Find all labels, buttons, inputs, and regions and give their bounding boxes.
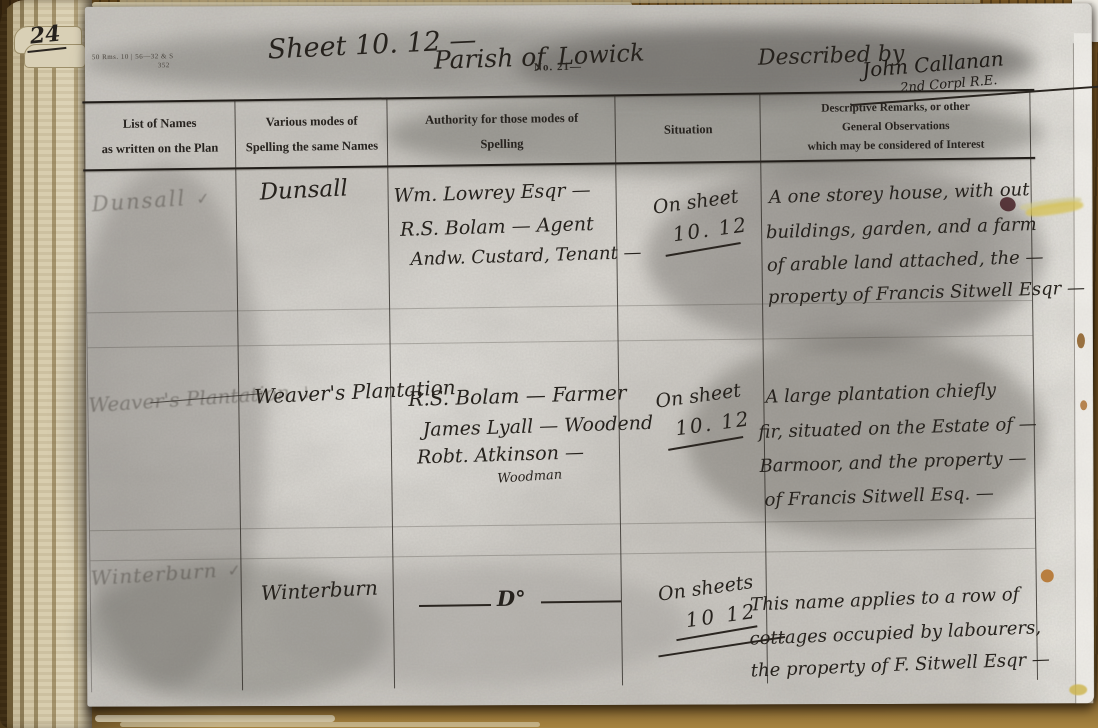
check-icon: ✓ xyxy=(217,560,243,581)
scanned-name-book-photo: 24 50 Rms. 10 | 56—32 & S 3 xyxy=(0,0,1098,728)
situation-sheet-number: 10. 12 xyxy=(674,406,752,440)
parish-name: Lowick xyxy=(557,39,645,71)
column-header-line: Spelling the same Names xyxy=(237,133,387,160)
parish-of-script: Parish of xyxy=(433,42,546,74)
row-3-plan-name: Winterburn✓ xyxy=(90,556,243,590)
page-bottom-edge xyxy=(95,715,335,722)
foxing-spot xyxy=(1069,684,1087,695)
row-2-remarks: A large plantation chiefly fir, situated… xyxy=(757,378,1039,510)
authority-line: Andw. Custard, Tenant — xyxy=(410,242,642,270)
column-header-remarks: Descriptive Remarks, or other General Ob… xyxy=(761,95,1030,159)
row-1-plan-name-text: Dunsall xyxy=(91,186,187,216)
column-header-line: as written on the Plan xyxy=(85,135,235,162)
column-header-line: Authority for those modes of xyxy=(388,105,614,133)
column-header-line: List of Names xyxy=(85,110,235,137)
ledger-line xyxy=(88,335,1033,348)
column-header-names: List of Names as written on the Plan xyxy=(84,105,235,167)
row-3-plan-name-text: Winterburn xyxy=(90,558,218,590)
column-header-line: Various modes of xyxy=(236,108,386,135)
document-page: 50 Rms. 10 | 56—32 & S 352 Sheet 10. 12 … xyxy=(85,3,1094,707)
authority-line: Robt. Atkinson — xyxy=(417,441,585,468)
row-3-spelling: Winterburn xyxy=(260,576,378,606)
check-icon: ✓ xyxy=(186,189,213,210)
row-1-spelling: Dunsall xyxy=(259,175,348,205)
row-3-authority-ditto: D° xyxy=(497,586,526,611)
column-header-line: Spelling xyxy=(389,130,615,158)
authority-line: Woodman xyxy=(497,467,563,486)
row-3-remarks: This name applies to a row of cottages o… xyxy=(748,583,1050,682)
print-stamp-line: 352 xyxy=(92,61,204,72)
authority-line: R.S. Bolam — Agent xyxy=(400,213,594,241)
page-number: 24 xyxy=(25,20,66,53)
column-header-situation: Situation xyxy=(616,98,760,160)
ledger-line xyxy=(90,518,1035,531)
column-header-line: Situation xyxy=(617,116,760,143)
column-header-spelling: Various modes of Spelling the same Names xyxy=(236,103,387,165)
foxing-spot xyxy=(1041,569,1054,582)
page-bottom-edge xyxy=(120,722,540,727)
print-stamp: 50 Rms. 10 | 56—32 & S 352 xyxy=(92,52,204,72)
foxing-spot xyxy=(1077,333,1085,348)
situation-sheet-label: On sheet xyxy=(652,185,740,218)
row-1-remarks: A one storey house, with out buildings, … xyxy=(765,178,1086,309)
column-header-line: which may be considered of Interest xyxy=(762,134,1030,157)
ditto-dash xyxy=(541,600,621,603)
sheet-content: 50 Rms. 10 | 56—32 & S 352 Sheet 10. 12 … xyxy=(81,0,1097,707)
situation-sheet-label: On sheet xyxy=(654,379,742,412)
column-header-authority: Authority for those modes of Spelling xyxy=(388,100,615,163)
authority-line: Wm. Lowrey Esqr — xyxy=(393,179,591,207)
foxing-spot xyxy=(1080,400,1087,410)
ditto-dash xyxy=(419,604,491,607)
situation-sheet-number: 10. 12 xyxy=(671,212,749,246)
row-1-plan-name: Dunsall✓ xyxy=(91,185,212,217)
